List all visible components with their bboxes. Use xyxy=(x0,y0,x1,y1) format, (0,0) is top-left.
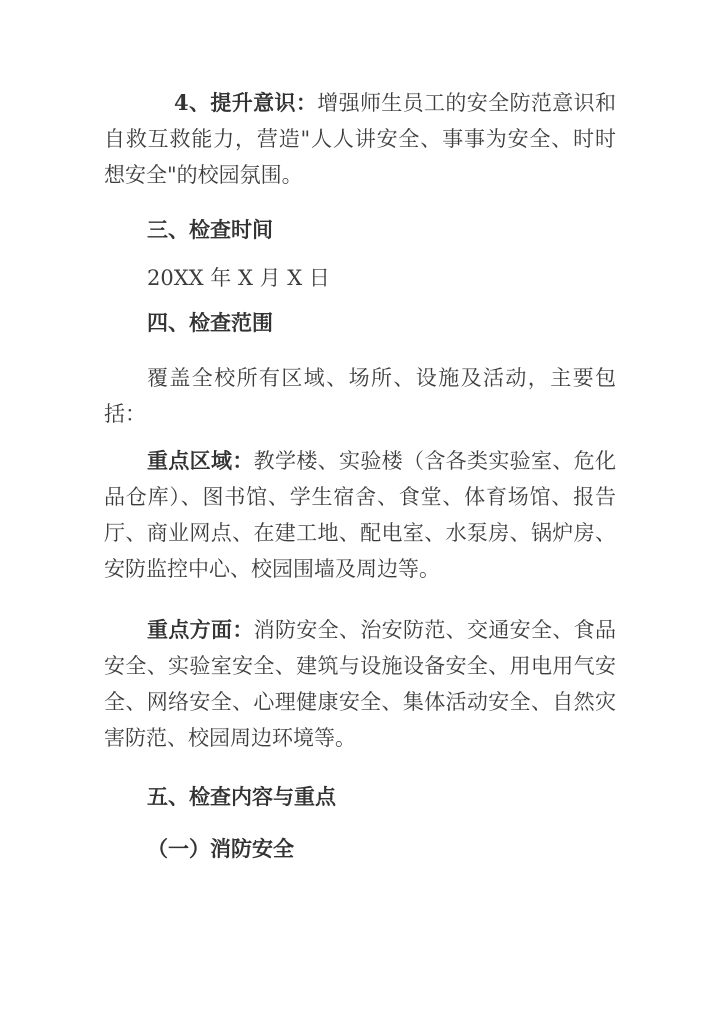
text-inspection-date: 20XX 年 X 月 X 日 xyxy=(104,260,616,296)
paragraph-item4: 4、提升意识：增强师生员工的安全防范意识和自救互救能力，营造"人人讲安全、事事为… xyxy=(104,85,616,193)
paragraph-key-aspects: 重点方面：消防安全、治安防范、交通安全、食品安全、实验室安全、建筑与设施设备安全… xyxy=(104,612,616,756)
paragraph-scope-intro: 覆盖全校所有区域、场所、设施及活动，主要包括： xyxy=(104,360,616,432)
heading-subsection-fire-safety: （一）消防安全 xyxy=(104,831,616,867)
item4-label: 4、提升意识： xyxy=(174,90,317,115)
heading-section5: 五、检查内容与重点 xyxy=(104,779,616,815)
heading-section4: 四、检查范围 xyxy=(104,305,616,341)
paragraph-key-areas: 重点区域：教学楼、实验楼（含各类实验室、危化品仓库）、图书馆、学生宿舍、食堂、体… xyxy=(104,443,616,587)
key-areas-label: 重点区域： xyxy=(147,448,254,473)
heading-section3: 三、检查时间 xyxy=(104,212,616,248)
key-aspects-label: 重点方面： xyxy=(147,617,254,642)
document-page: 4、提升意识：增强师生员工的安全防范意识和自救互救能力，营造"人人讲安全、事事为… xyxy=(0,0,724,1024)
